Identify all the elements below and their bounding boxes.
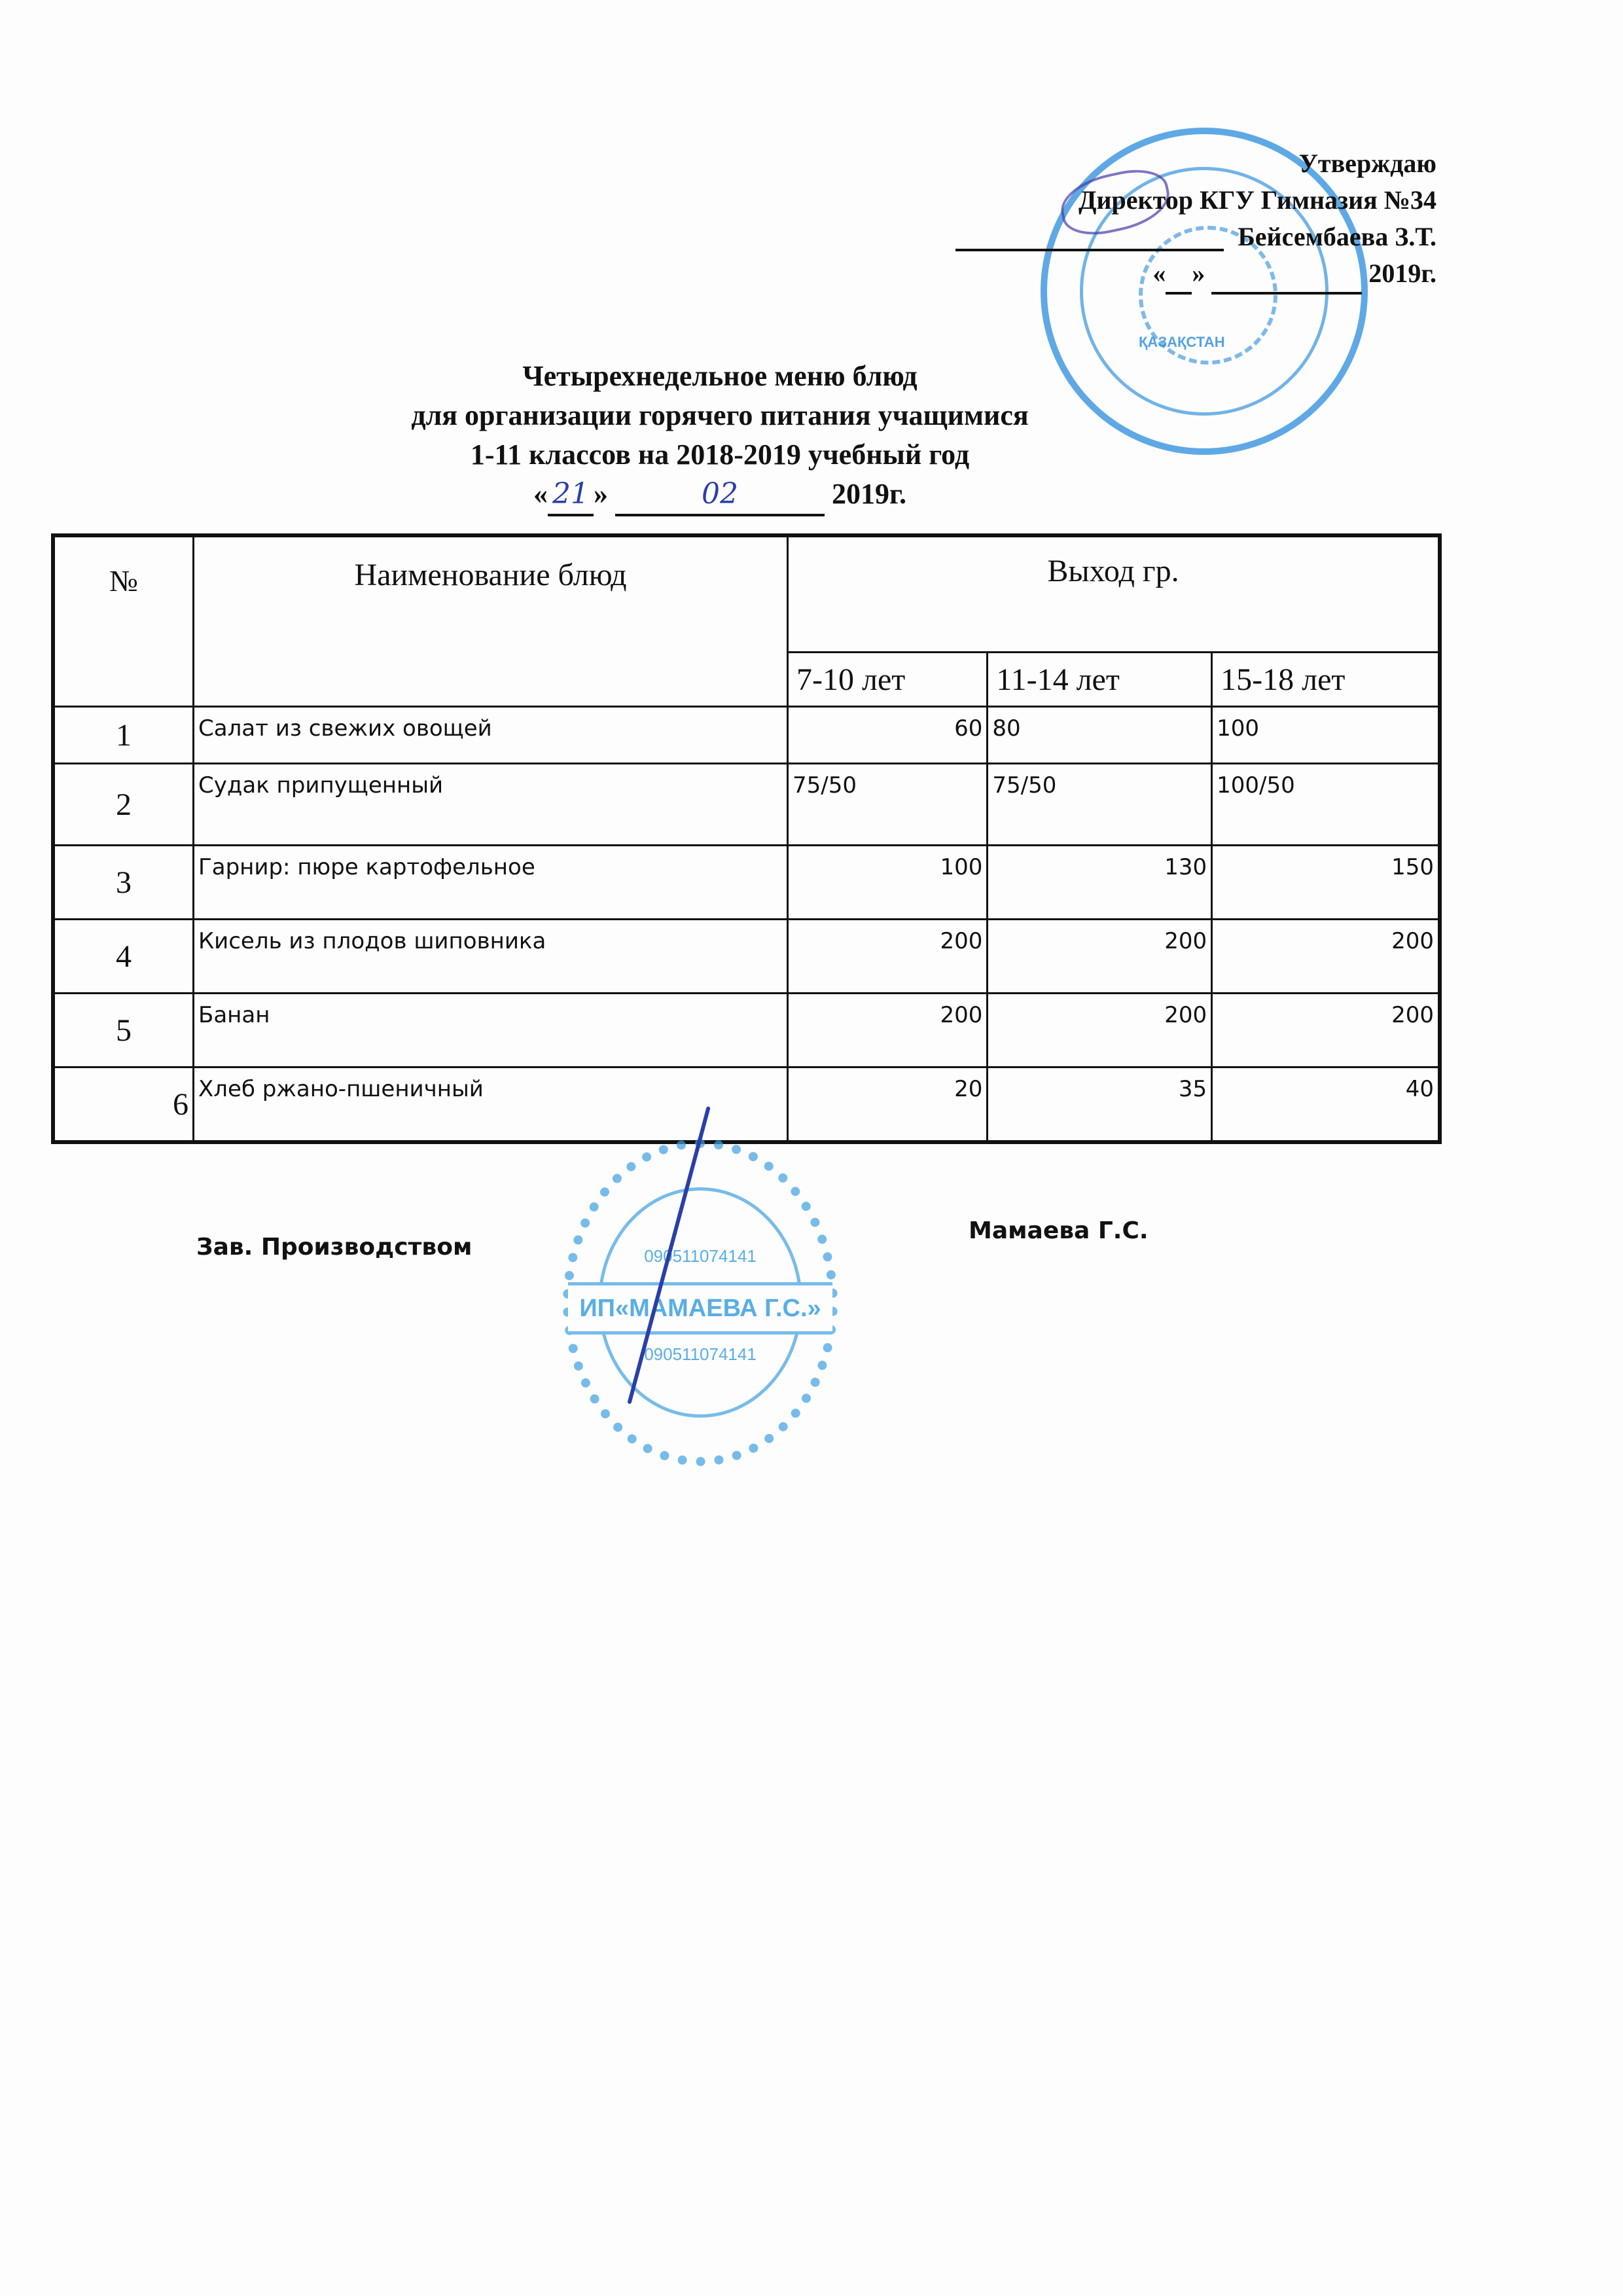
- document-date: «21» 02 2019г.: [0, 475, 1440, 516]
- value-15-18: 40: [1212, 1067, 1440, 1143]
- table-row: 3 Гарнир: пюре картофельное 100 130 150: [53, 846, 1440, 920]
- approval-date: « » 2019г.: [1079, 255, 1436, 295]
- company-stamp: 090511074141 ИП«МАМАЕВА Г.С.» 0905110741…: [563, 1139, 838, 1466]
- dish-name: Судак припущенный: [194, 764, 788, 846]
- header-output: Выход гр.: [788, 535, 1440, 653]
- dish-name: Кисель из плодов шиповника: [194, 920, 788, 994]
- value-15-18: 150: [1212, 846, 1440, 920]
- value-11-14: 130: [988, 846, 1212, 920]
- row-number: 5: [53, 994, 194, 1067]
- date-month: 02: [615, 475, 825, 516]
- dish-name: Салат из свежих овощей: [194, 707, 788, 764]
- value-7-10: 20: [788, 1067, 988, 1143]
- date-year: 2019г.: [832, 478, 906, 510]
- dish-name: Хлеб ржано-пшеничный: [194, 1067, 788, 1143]
- row-number: 4: [53, 920, 194, 994]
- value-7-10: 60: [788, 707, 988, 764]
- date-day: 21: [548, 475, 594, 516]
- value-7-10: 100: [788, 846, 988, 920]
- approval-position: Директор КГУ Гимназия №34: [1079, 182, 1436, 219]
- row-number: 2: [53, 764, 194, 846]
- table-header-row: № Наименование блюд Выход гр.: [53, 535, 1440, 653]
- value-15-18: 100/50: [1212, 764, 1440, 846]
- value-11-14: 80: [988, 707, 1212, 764]
- document-title: Четырехнедельное меню блюд для организац…: [0, 357, 1440, 516]
- header-dish-name: Наименование блюд: [194, 535, 788, 707]
- footer-role: Зав. Производством: [196, 1234, 472, 1261]
- value-15-18: 200: [1212, 994, 1440, 1067]
- approval-year: 2019г.: [1368, 259, 1436, 288]
- footer-name: Мамаева Г.С.: [969, 1217, 1149, 1244]
- seal-label: ҚАЗАҚСТАН: [1139, 334, 1225, 351]
- approval-title: Утверждаю: [1079, 145, 1436, 182]
- value-7-10: 75/50: [788, 764, 988, 846]
- table-row: 6 Хлеб ржано-пшеничный 20 35 40: [53, 1067, 1440, 1143]
- value-11-14: 75/50: [988, 764, 1212, 846]
- row-number: 1: [53, 707, 194, 764]
- value-11-14: 200: [988, 994, 1212, 1067]
- header-age-15-18: 15-18 лет: [1212, 653, 1440, 707]
- table-row: 2 Судак припущенный 75/50 75/50 100/50: [53, 764, 1440, 846]
- value-11-14: 35: [988, 1067, 1212, 1143]
- value-15-18: 200: [1212, 920, 1440, 994]
- approval-block: Утверждаю Директор КГУ Гимназия №34 Бейс…: [1079, 145, 1436, 295]
- header-age-11-14: 11-14 лет: [988, 653, 1212, 707]
- dish-name: Банан: [194, 994, 788, 1067]
- value-11-14: 200: [988, 920, 1212, 994]
- title-line-2: для организации горячего питания учащими…: [0, 396, 1440, 435]
- row-number: 6: [53, 1067, 194, 1143]
- row-number: 3: [53, 846, 194, 920]
- stamp-center-text: ИП«МАМАЕВА Г.С.»: [568, 1282, 832, 1335]
- dish-name: Гарнир: пюре картофельное: [194, 846, 788, 920]
- approval-name: Бейсембаева З.Т.: [1079, 219, 1436, 255]
- table-row: 1 Салат из свежих овощей 60 80 100: [53, 707, 1440, 764]
- menu-table: № Наименование блюд Выход гр. 7-10 лет 1…: [51, 533, 1442, 1144]
- value-7-10: 200: [788, 994, 988, 1067]
- header-age-7-10: 7-10 лет: [788, 653, 988, 707]
- stamp-number-top: 090511074141: [572, 1246, 829, 1266]
- header-number: №: [53, 535, 194, 707]
- stamp-number-bottom: 090511074141: [572, 1344, 829, 1365]
- value-15-18: 100: [1212, 707, 1440, 764]
- table-row: 5 Банан 200 200 200: [53, 994, 1440, 1067]
- table-row: 4 Кисель из плодов шиповника 200 200 200: [53, 920, 1440, 994]
- title-line-1: Четырехнедельное меню блюд: [0, 357, 1440, 396]
- title-line-3: 1-11 классов на 2018-2019 учебный год: [0, 435, 1440, 475]
- value-7-10: 200: [788, 920, 988, 994]
